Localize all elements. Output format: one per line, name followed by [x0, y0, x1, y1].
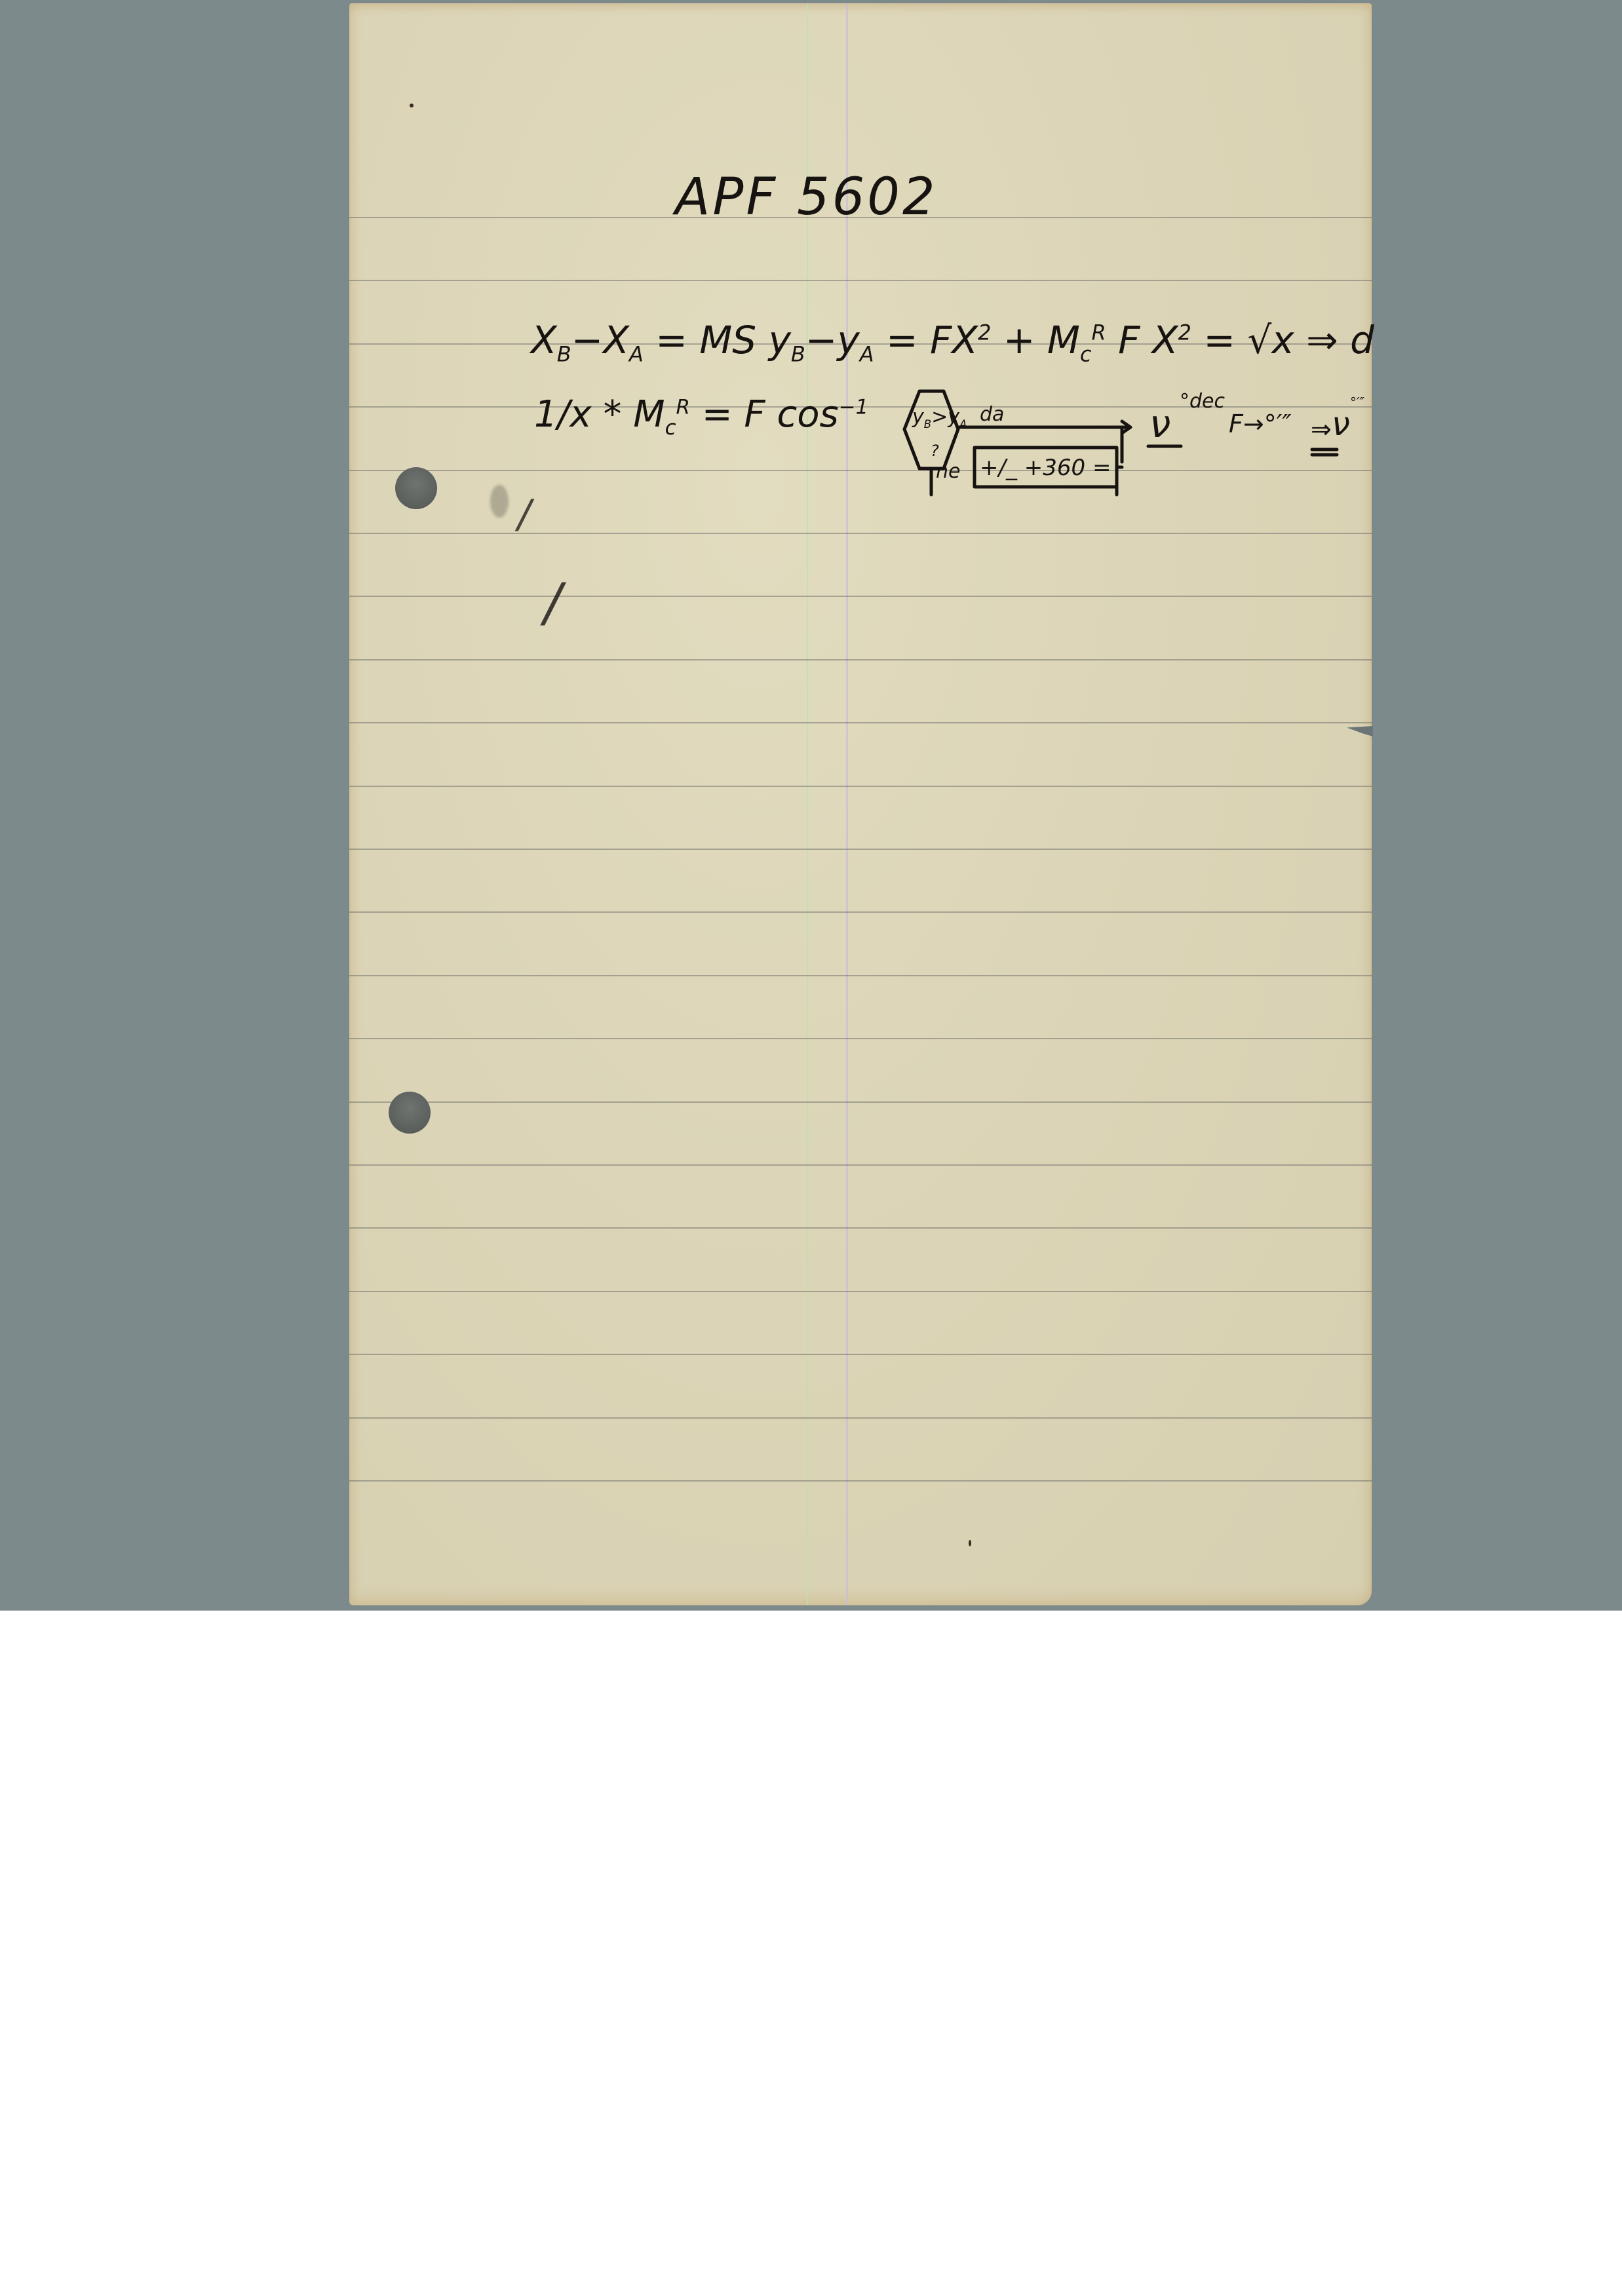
formula-superscript: R: [676, 395, 690, 419]
ruled-line: [349, 722, 1372, 723]
ruled-line: [349, 1227, 1372, 1229]
notebook-page: [349, 3, 1372, 1605]
result-nu: ν: [1149, 405, 1170, 443]
margin-line-lilac: [846, 3, 848, 1605]
formula-superscript: −1: [839, 395, 868, 419]
margin-stroke-mark: /: [544, 577, 562, 629]
formula-text: = FX: [874, 318, 978, 362]
formula-text: F X: [1106, 318, 1178, 362]
yes-branch-label: da: [980, 405, 1004, 425]
conversion-text: F→°′″: [1229, 411, 1292, 436]
punch-hole-bottom: [389, 1092, 431, 1134]
no-branch-box-text: +/_ +360 =: [980, 457, 1111, 479]
decision-condition: yB>yA: [912, 408, 967, 430]
ruled-line: [349, 1354, 1372, 1355]
document-title: APF 5602: [675, 172, 938, 223]
ruled-line: [349, 786, 1372, 787]
formula-subscript: c: [1080, 342, 1092, 367]
formula-text: + M: [991, 318, 1080, 362]
condition-ya-sub: A: [959, 418, 967, 430]
ruled-line: [349, 1038, 1372, 1039]
ruled-line: [349, 975, 1372, 976]
ink-speck: [969, 1540, 971, 1546]
ruled-line: [349, 1164, 1372, 1166]
ruled-line: [349, 470, 1372, 471]
formula-text: −X: [571, 318, 629, 362]
formula-subscript: B: [557, 342, 571, 367]
decision-question-mark: ?: [931, 443, 939, 459]
formula-text: −y: [805, 318, 860, 362]
ruled-line: [349, 849, 1372, 850]
formula-subscript: c: [665, 416, 676, 440]
condition-yb-sub: B: [924, 418, 931, 430]
ruled-line: [349, 1480, 1372, 1482]
ink-speck: [410, 104, 414, 107]
ruled-line: [349, 1291, 1372, 1292]
ruled-line: [349, 1417, 1372, 1419]
ruled-line: [349, 659, 1372, 660]
formula-subscript: A: [629, 342, 644, 367]
formula-line-2: 1/x * McR = F cos−1: [534, 396, 868, 438]
no-branch-label: ne: [936, 462, 960, 482]
condition-yb: y: [912, 406, 924, 429]
ruled-line: [349, 911, 1372, 913]
margin-stroke-mark: /: [518, 495, 531, 534]
ruled-line: [349, 533, 1372, 534]
final-implication-arrow: ⇒: [1311, 417, 1332, 442]
formula-superscript: 2: [978, 320, 991, 345]
formula-text: = MS y: [644, 318, 791, 362]
final-result-superscript: °′″: [1350, 396, 1364, 409]
ruled-line: [349, 1101, 1372, 1103]
formula-text: 1/x * M: [534, 393, 665, 436]
condition-ya: y: [948, 406, 959, 429]
page-tear-notch: [1347, 726, 1373, 737]
formula-text: = F cos: [690, 393, 839, 436]
formula-text: X: [531, 318, 557, 362]
ruled-line: [349, 596, 1372, 597]
formula-superscript: 2: [1178, 320, 1191, 345]
final-result-nu: ν: [1332, 408, 1350, 440]
condition-operator: >: [931, 406, 948, 429]
result-superscript: °dec: [1180, 392, 1225, 411]
formula-superscript: R: [1091, 320, 1106, 345]
margin-line-green: [807, 3, 808, 1605]
formula-subscript: B: [791, 342, 805, 367]
formula-text: = √x ⇒ d: [1191, 318, 1374, 362]
ink-smudge: [490, 485, 509, 518]
formula-subscript: A: [860, 342, 874, 367]
punch-hole-top: [395, 467, 437, 509]
ruled-line: [349, 280, 1372, 281]
formula-line-1: XB−XA = MS yB−yA = FX2 + McR F X2 = √x ⇒…: [531, 321, 1374, 366]
